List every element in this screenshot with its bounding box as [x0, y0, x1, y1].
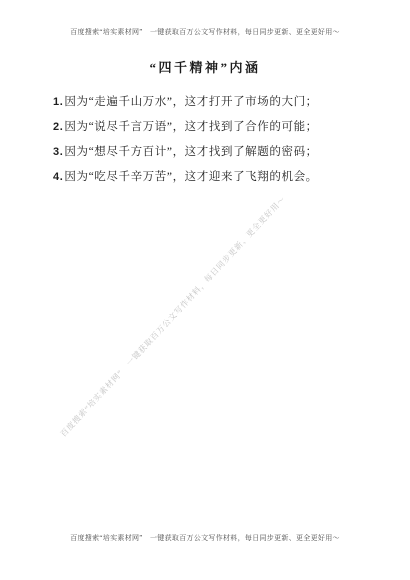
- item-number: 3.: [53, 146, 63, 158]
- item-text: 因为“走遍千山万水”，这才打开了市场的大门；: [64, 96, 317, 108]
- item-text: 因为“吃尽千辛万苦”，这才迎来了飞翔的机会。: [64, 171, 317, 183]
- list-item: 1.因为“走遍千山万水”，这才打开了市场的大门；: [53, 90, 380, 115]
- list-item: 2.因为“说尽千言万语”，这才找到了合作的可能；: [53, 115, 380, 140]
- page-title: “四千精神”内涵: [0, 57, 410, 76]
- list-item: 4.因为“吃尽千辛万苦”，这才迎来了飞翔的机会。: [53, 165, 380, 190]
- promo-footer-text: 百度搜索“培实素材网” 一键获取百万公文写作材料，每日同步更新、更全更好用～: [0, 533, 410, 543]
- numbered-list: 1.因为“走遍千山万水”，这才打开了市场的大门； 2.因为“说尽千言万语”，这才…: [53, 90, 380, 190]
- item-number: 4.: [53, 171, 63, 183]
- diagonal-watermark-text: 百度搜索“培实素材网” 一键获取百万公文写作材料，每日同步更新、更全更好用～: [58, 194, 288, 440]
- item-number: 2.: [53, 121, 63, 133]
- document-page: 百度搜索“培实素材网” 一键获取百万公文写作材料，每日同步更新、更全更好用～ “…: [0, 0, 410, 580]
- promo-header-text: 百度搜索“培实素材网” 一键获取百万公文写作材料，每日同步更新、更全更好用～: [0, 27, 410, 37]
- item-text: 因为“说尽千言万语”，这才找到了合作的可能；: [64, 121, 317, 133]
- item-text: 因为“想尽千方百计”，这才找到了解题的密码；: [64, 146, 317, 158]
- list-item: 3.因为“想尽千方百计”，这才找到了解题的密码；: [53, 140, 380, 165]
- item-number: 1.: [53, 96, 63, 108]
